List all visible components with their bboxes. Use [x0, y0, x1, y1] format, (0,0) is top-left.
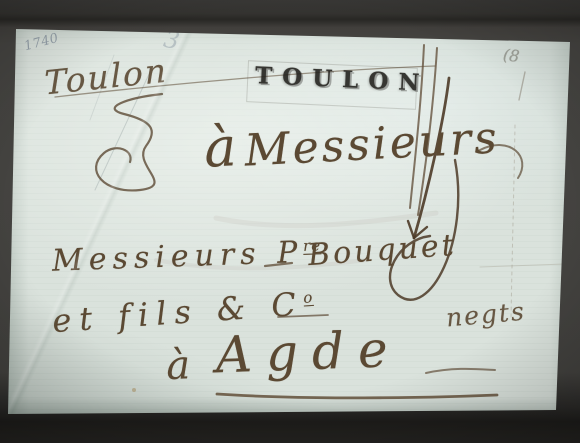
address-line2-superscript: o — [303, 288, 314, 307]
destination-line: à Agde — [165, 324, 402, 386]
cover-photo: 1740 3 Toulon TOULON (8 à Messieurs Mess… — [0, 0, 580, 443]
salutation-word: Messieurs — [243, 116, 500, 173]
destination-city: Agde — [215, 324, 402, 380]
pencil-corner-note: (8 — [502, 47, 520, 65]
destination-prefix: à — [166, 345, 191, 386]
letter-paper: 1740 3 Toulon TOULON (8 à Messieurs Mess… — [6, 28, 572, 416]
foxing-spot — [132, 388, 136, 392]
salutation-prefix: à — [203, 120, 238, 176]
trade-abbreviation: negts — [445, 299, 527, 331]
